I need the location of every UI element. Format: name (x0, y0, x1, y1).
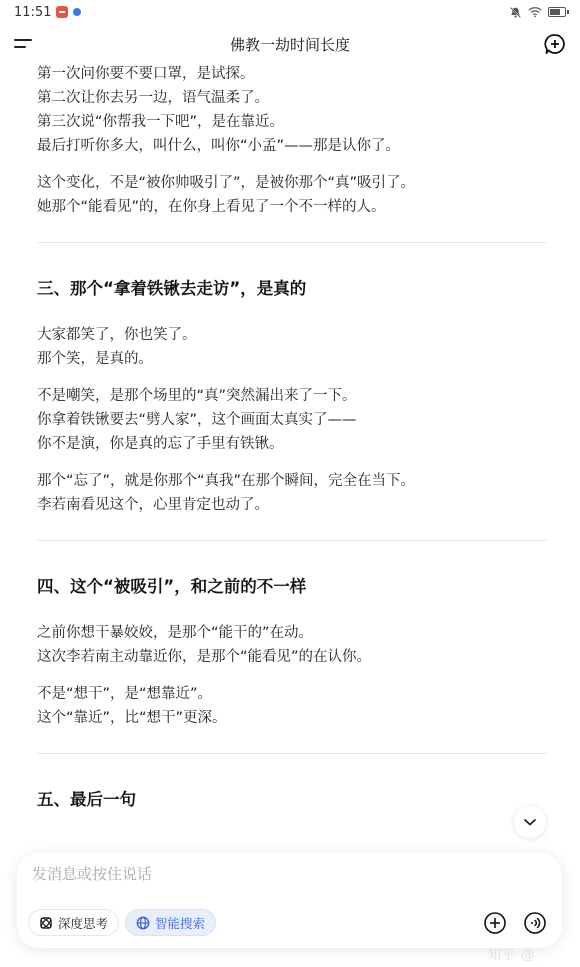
paragraph: 之前你想干暴姣姣，是那个“能干的”在动。 这次李若南主动靠近你，是那个“能看见”… (37, 621, 547, 669)
paragraph: 第一次问你要不要口罩，是试探。 第二次让你去另一边，语气温柔了。 第三次说“你帮… (37, 62, 547, 158)
message-input[interactable] (32, 865, 452, 883)
deep-think-toggle[interactable]: 深度思考 (28, 909, 119, 936)
message-composer: 深度思考 智能搜索 (17, 853, 562, 948)
chevron-down-icon (523, 817, 537, 827)
text-line: 第二次让你去另一边，语气温柔了。 (37, 86, 547, 110)
text-line: 不是“想干”，是“想靠近”。 (37, 682, 547, 706)
scroll-to-bottom-button[interactable] (514, 806, 546, 838)
paragraph: 这个变化，不是“被你帅吸引了”，是被你那个“真”吸引了。 她那个“能看见”的，在… (37, 171, 547, 219)
text-line: 大家都笑了，你也笑了。 (37, 323, 547, 347)
message-content: 第一次问你要不要口罩，是试探。 第二次让你去另一边，语气温柔了。 第三次说“你帮… (37, 62, 547, 834)
wifi-icon (528, 6, 542, 18)
text-line: 第三次说“你帮我一下吧”，是在靠近。 (37, 110, 547, 134)
paragraph: 不是嘲笑，是那个场里的“真”突然漏出来了一下。 你拿着铁锹要去“劈人家”，这个画… (37, 384, 547, 456)
status-bar: 11:51 (0, 0, 580, 24)
text-line: 这个变化，不是“被你帅吸引了”，是被你那个“真”吸引了。 (37, 171, 547, 195)
attach-button[interactable] (483, 911, 507, 935)
paragraph: 不是“想干”，是“想靠近”。 这个“靠近”，比“想干”更深。 (37, 682, 547, 730)
new-chat-button[interactable] (544, 33, 566, 55)
paragraph: 那个“忘了”，就是你那个“真我”在那个瞬间，完全在当下。 李若南看见这个，心里肯… (37, 469, 547, 517)
menu-icon-line (14, 39, 32, 41)
section-title: 三、那个“拿着铁锹去走访”，是真的 (37, 276, 547, 302)
text-line: 李若南看见这个，心里肯定也动了。 (37, 493, 547, 517)
text-line: 那个“忘了”，就是你那个“真我”在那个瞬间，完全在当下。 (37, 469, 547, 493)
text-line: 第一次问你要不要口罩，是试探。 (37, 62, 547, 86)
page-title: 佛教一劫时间长度 (230, 34, 350, 55)
header: 佛教一劫时间长度 (0, 24, 580, 64)
battery-icon (548, 7, 566, 17)
text-line: 你不是演，你是真的忘了手里有铁锹。 (37, 432, 547, 456)
deep-think-label: 深度思考 (58, 914, 108, 932)
text-line: 不是嘲笑，是那个场里的“真”突然漏出来了一下。 (37, 384, 547, 408)
divider (37, 242, 547, 243)
watermark: 知乎 @ (488, 944, 535, 963)
globe-icon (136, 916, 150, 930)
text-line: 那个笑，是真的。 (37, 347, 547, 371)
status-left: 11:51 (14, 5, 81, 20)
new-chat-icon (544, 33, 566, 55)
atom-icon (39, 916, 53, 930)
text-line: 最后打听你多大，叫什么，叫你“小孟”——那是认你了。 (37, 134, 547, 158)
section-title: 四、这个“被吸引”，和之前的不一样 (37, 574, 547, 600)
app-notification-dot-icon (73, 8, 81, 16)
app-notification-icon (56, 6, 68, 18)
text-line: 这个“靠近”，比“想干”更深。 (37, 706, 547, 730)
divider (37, 540, 547, 541)
paragraph: 大家都笑了，你也笑了。 那个笑，是真的。 (37, 323, 547, 371)
section-title: 五、最后一句 (37, 787, 547, 813)
clock: 11:51 (14, 5, 51, 20)
status-right (509, 6, 566, 19)
menu-icon-line (14, 46, 26, 48)
text-line: 你拿着铁锹要去“劈人家”，这个画面太真实了—— (37, 408, 547, 432)
menu-button[interactable] (14, 36, 34, 52)
voice-wave-icon (523, 911, 547, 935)
text-line: 她那个“能看见”的，在你身上看见了一个不一样的人。 (37, 195, 547, 219)
mute-bell-icon (509, 6, 522, 19)
divider (37, 753, 547, 754)
plus-circle-icon (483, 911, 507, 935)
smart-search-toggle[interactable]: 智能搜索 (125, 909, 216, 936)
voice-call-button[interactable] (523, 911, 547, 935)
text-line: 之前你想干暴姣姣，是那个“能干的”在动。 (37, 621, 547, 645)
smart-search-label: 智能搜索 (155, 914, 205, 932)
text-line: 这次李若南主动靠近你，是那个“能看见”的在认你。 (37, 645, 547, 669)
